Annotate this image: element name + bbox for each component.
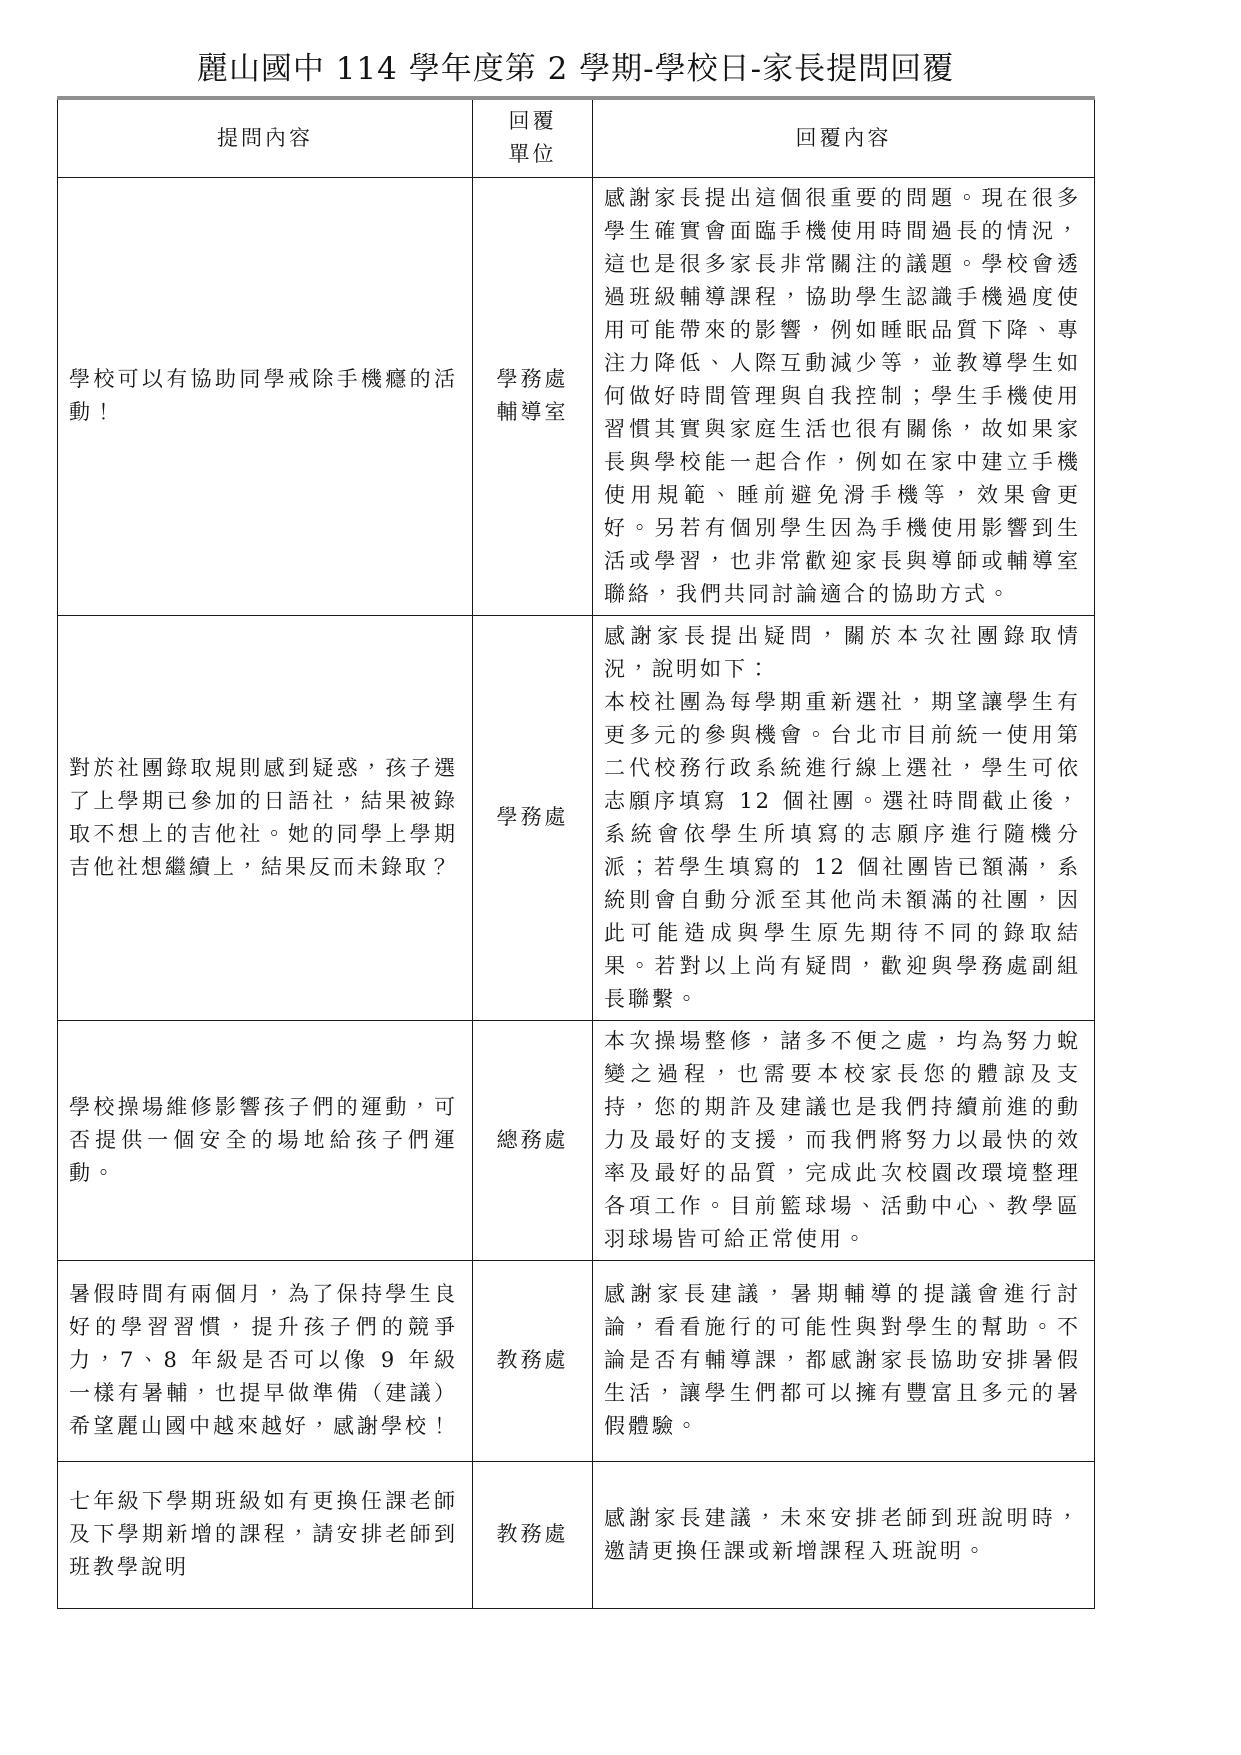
document-page: 麗山國中 114 學年度第 2 學期-學校日-家長提問回覆 提問內容 回覆 單位… [0,0,1241,1755]
question-cell: 對於社團錄取規則感到疑惑，孩子選了上學期已參加的日語社，結果被錄取不想上的吉他社… [58,615,473,1020]
header-question: 提問內容 [58,98,473,177]
question-cell: 七年級下學期班級如有更換任課老師及下學期新增的課程，請安排老師到班教學說明 [58,1461,473,1608]
table-row: 七年級下學期班級如有更換任課老師及下學期新增的課程，請安排老師到班教學說明 教務… [58,1461,1095,1608]
reply-cell: 感謝家長提出疑問，關於本次社團錄取情況，說明如下： 本校社團為每學期重新選社，期… [593,615,1095,1020]
reply-cell: 感謝家長提出這個很重要的問題。現在很多學生確實會面臨手機使用時間過長的情況，這也… [593,177,1095,615]
question-cell: 學校可以有協助同學戒除手機癮的活動！ [58,177,473,615]
unit-cell: 教務處 [473,1461,593,1608]
table-row: 學校操場維修影響孩子們的運動，可否提供一個安全的場地給孩子們運動。 總務處 本次… [58,1020,1095,1260]
header-reply: 回覆內容 [593,98,1095,177]
reply-cell: 感謝家長建議，未來安排老師到班說明時，邀請更換任課或新增課程入班說明。 [593,1461,1095,1608]
table-header-row: 提問內容 回覆 單位 回覆內容 [58,98,1095,177]
page-title: 麗山國中 114 學年度第 2 學期-學校日-家長提問回覆 [57,0,1094,90]
reply-cell: 感謝家長建議，暑期輔導的提議會進行討論，看看施行的可能性與對學生的幫助。不論是否… [593,1260,1095,1461]
unit-cell: 學務處 [473,615,593,1020]
qa-table: 提問內容 回覆 單位 回覆內容 學校可以有協助同學戒除手機癮的活動！ 學務處 輔… [57,96,1095,1609]
question-cell: 暑假時間有兩個月，為了保持學生良好的學習習慣，提升孩子們的競爭力，7、8 年級是… [58,1260,473,1461]
table-row: 學校可以有協助同學戒除手機癮的活動！ 學務處 輔導室 感謝家長提出這個很重要的問… [58,177,1095,615]
unit-cell: 總務處 [473,1020,593,1260]
table-row: 暑假時間有兩個月，為了保持學生良好的學習習慣，提升孩子們的競爭力，7、8 年級是… [58,1260,1095,1461]
header-unit: 回覆 單位 [473,98,593,177]
unit-cell: 學務處 輔導室 [473,177,593,615]
unit-cell: 教務處 [473,1260,593,1461]
question-cell: 學校操場維修影響孩子們的運動，可否提供一個安全的場地給孩子們運動。 [58,1020,473,1260]
reply-cell: 本次操場整修，諸多不便之處，均為努力蛻變之過程，也需要本校家長您的體諒及支持，您… [593,1020,1095,1260]
table-row: 對於社團錄取規則感到疑惑，孩子選了上學期已參加的日語社，結果被錄取不想上的吉他社… [58,615,1095,1020]
